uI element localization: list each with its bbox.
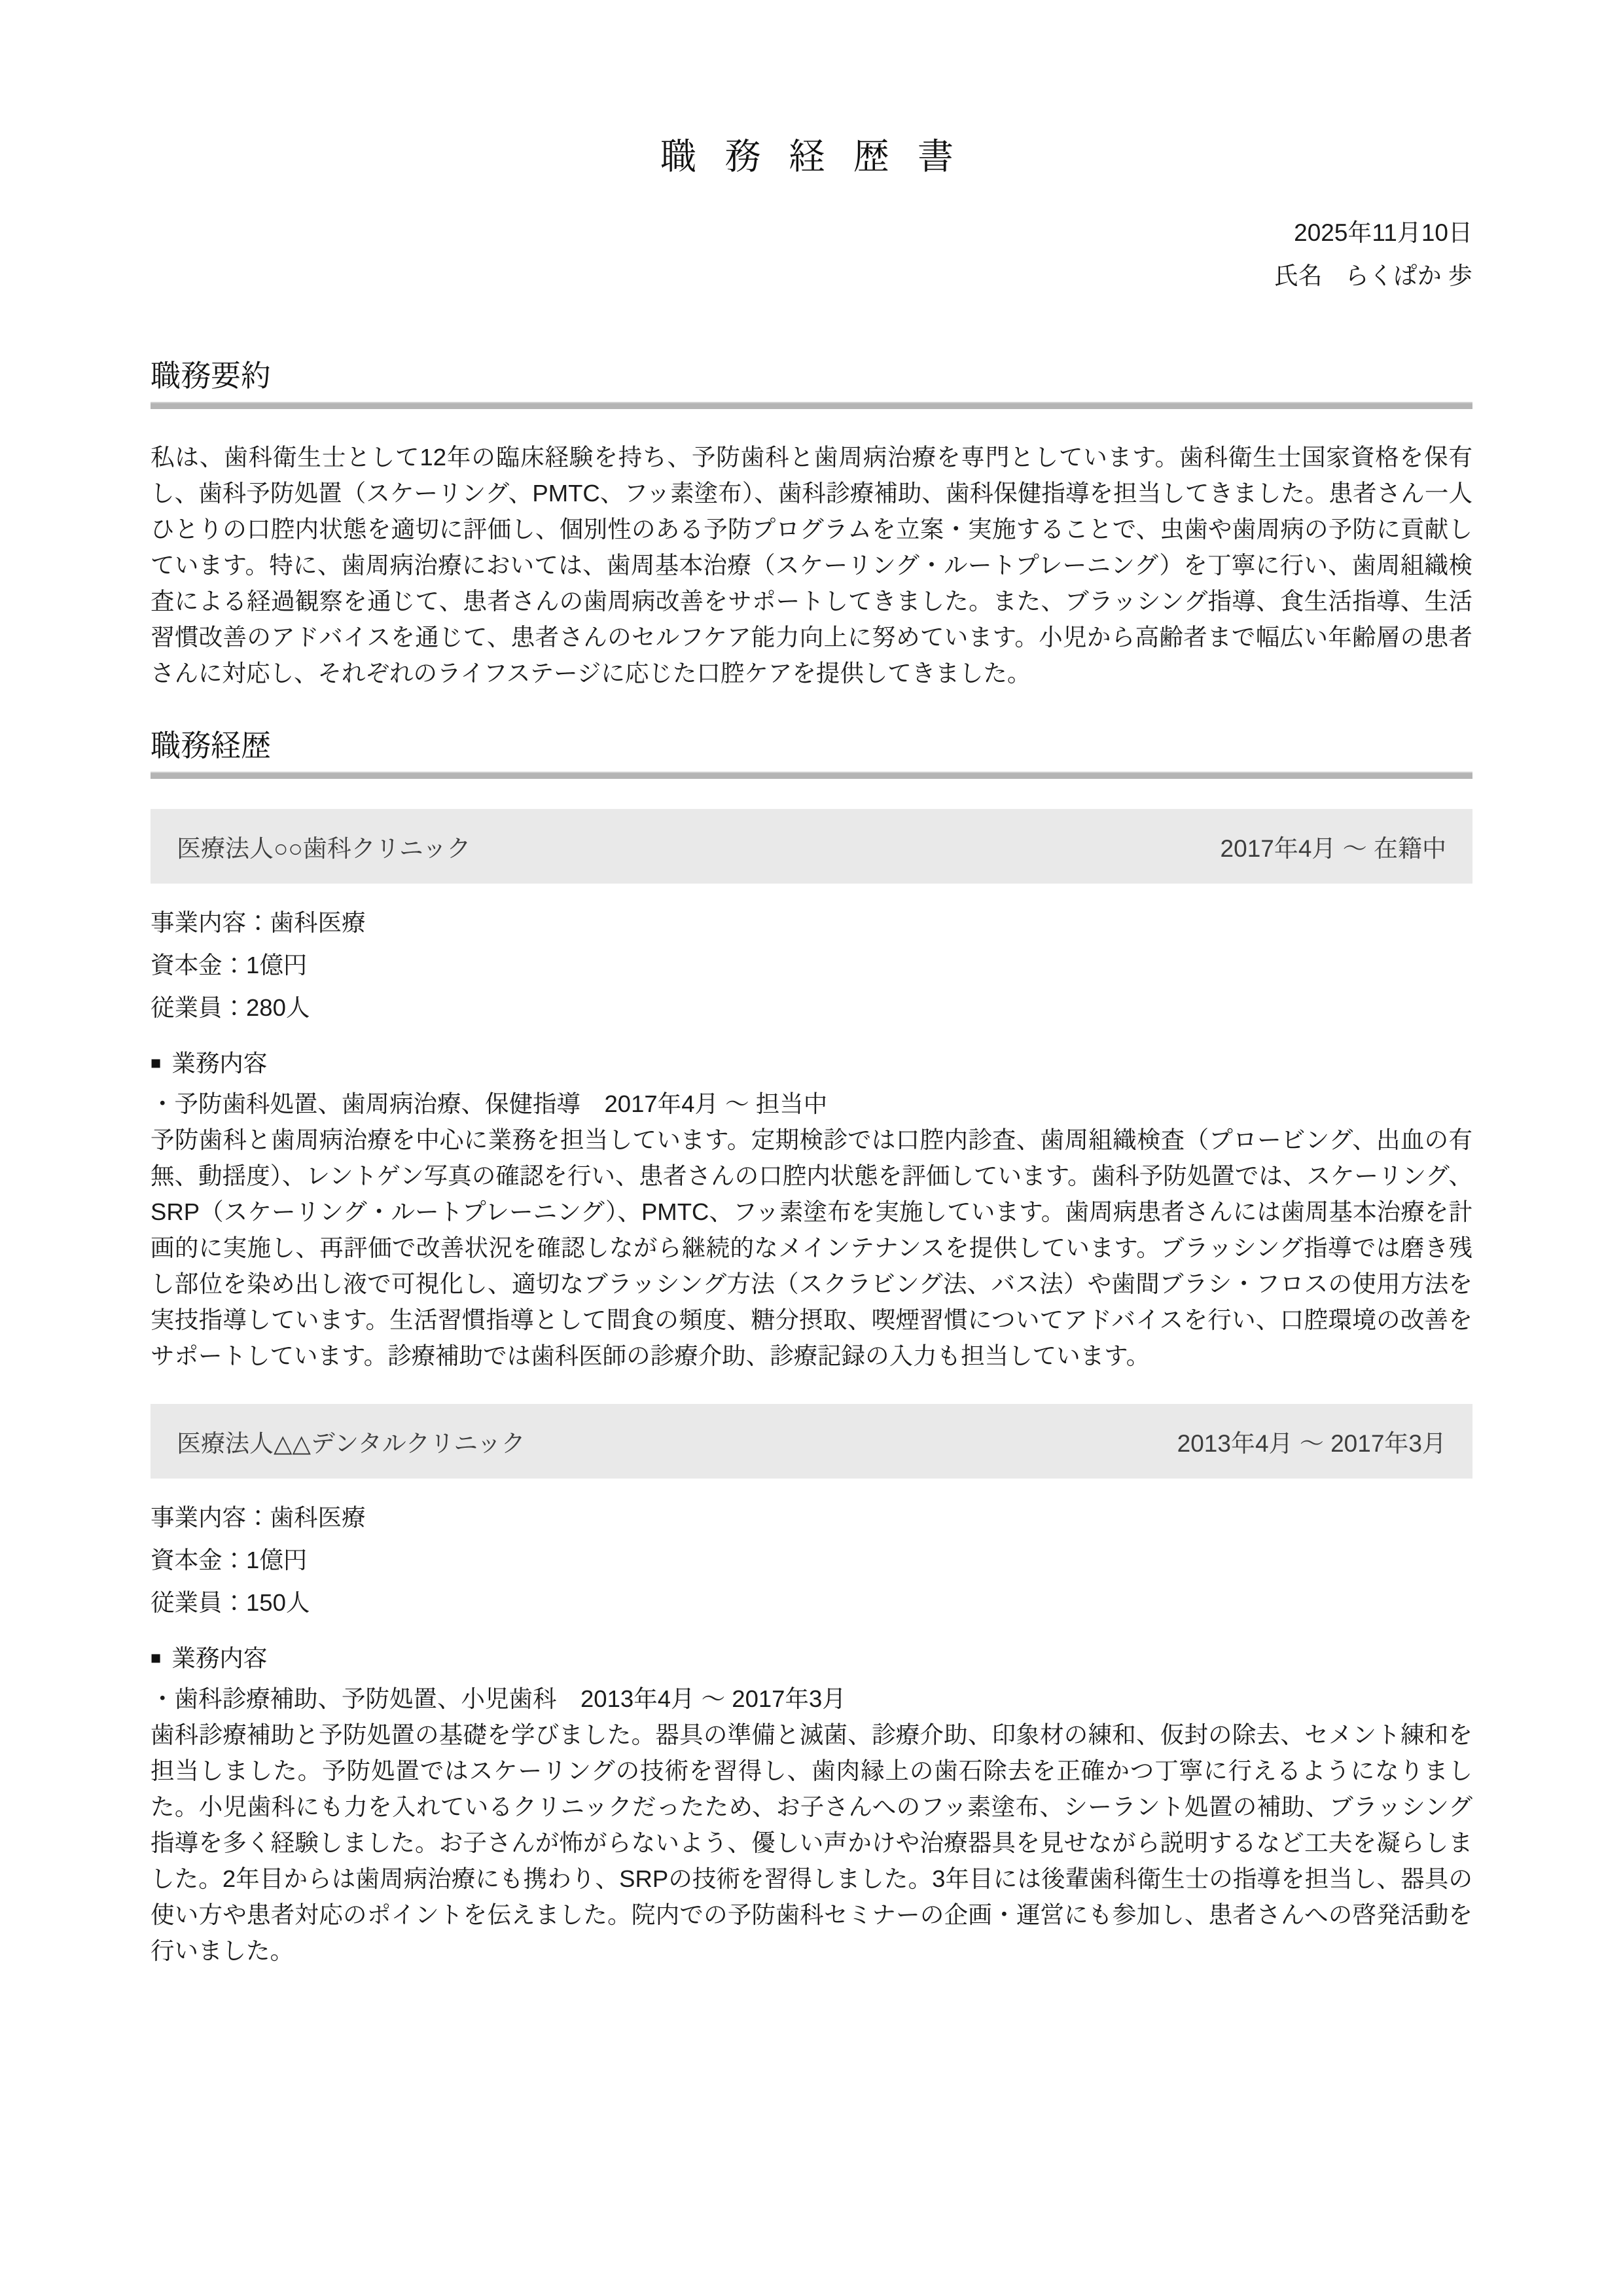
company-facts: 事業内容：歯科医療 資本金：1億円 従業員：280人	[151, 911, 1472, 1020]
fact-employees: 従業員：150人	[151, 1591, 1472, 1615]
name-line: 氏名らくぱか 歩	[151, 255, 1472, 298]
document-date: 2025年11月10日	[151, 211, 1472, 255]
duty-line: ・予防歯科処置、歯周病治療、保健指導 2017年4月 ～ 担当中	[151, 1086, 1472, 1122]
entry-description: 予防歯科と歯周病治療を中心に業務を担当しています。定期検診では口腔内診査、歯周組…	[151, 1122, 1472, 1374]
duties-heading: ■業務内容	[151, 1645, 1472, 1672]
heading-rule-divider	[151, 402, 1472, 409]
resume-document: 職 務 経 歴 書 2025年11月10日 氏名らくぱか 歩 職務要約 私は、歯…	[0, 0, 1623, 2296]
company-name: 医療法人○○歯科クリニック	[177, 829, 471, 864]
company-period: 2013年4月 ～ 2017年3月	[1177, 1424, 1446, 1459]
fact-business: 事業内容：歯科医療	[151, 911, 1472, 935]
duties-heading-label: 業務内容	[171, 1050, 267, 1077]
fact-capital: 資本金：1億円	[151, 954, 1472, 977]
summary-heading: 職務要約	[151, 358, 1472, 394]
history-section: 職務経歴 医療法人○○歯科クリニック 2017年4月 ～ 在籍中 事業内容：歯科…	[151, 728, 1472, 1969]
company-header: 医療法人○○歯科クリニック 2017年4月 ～ 在籍中	[151, 809, 1472, 884]
history-heading: 職務経歴	[151, 728, 1472, 764]
duties-heading-label: 業務内容	[171, 1645, 267, 1672]
history-entry: 医療法人○○歯科クリニック 2017年4月 ～ 在籍中 事業内容：歯科医療 資本…	[151, 809, 1472, 1374]
entry-description: 歯科診療補助と予防処置の基礎を学びました。器具の準備と滅菌、診療介助、印象材の練…	[151, 1717, 1472, 1969]
summary-section: 職務要約 私は、歯科衛生士として12年の臨床経験を持ち、予防歯科と歯周病治療を専…	[151, 358, 1472, 691]
company-header: 医療法人△△デンタルクリニック 2013年4月 ～ 2017年3月	[151, 1404, 1472, 1479]
heading-rule-divider	[151, 772, 1472, 779]
square-bullet-icon: ■	[151, 1053, 161, 1073]
company-facts: 事業内容：歯科医療 資本金：1億円 従業員：150人	[151, 1506, 1472, 1615]
fact-employees: 従業員：280人	[151, 996, 1472, 1020]
name-value: らくぱか 歩	[1345, 262, 1472, 289]
summary-paragraph: 私は、歯科衛生士として12年の臨床経験を持ち、予防歯科と歯周病治療を専門としてい…	[151, 439, 1472, 691]
name-label: 氏名	[1274, 262, 1323, 289]
duties-heading: ■業務内容	[151, 1050, 1472, 1077]
square-bullet-icon: ■	[151, 1648, 161, 1668]
company-period: 2017年4月 ～ 在籍中	[1221, 829, 1446, 864]
company-name: 医療法人△△デンタルクリニック	[177, 1424, 526, 1459]
duty-line: ・歯科診療補助、予防処置、小児歯科 2013年4月 ～ 2017年3月	[151, 1681, 1472, 1717]
history-entry: 医療法人△△デンタルクリニック 2013年4月 ～ 2017年3月 事業内容：歯…	[151, 1404, 1472, 1969]
fact-business: 事業内容：歯科医療	[151, 1506, 1472, 1530]
fact-capital: 資本金：1億円	[151, 1549, 1472, 1572]
document-meta: 2025年11月10日 氏名らくぱか 歩	[151, 211, 1472, 298]
page-title: 職 務 経 歴 書	[151, 139, 1472, 175]
